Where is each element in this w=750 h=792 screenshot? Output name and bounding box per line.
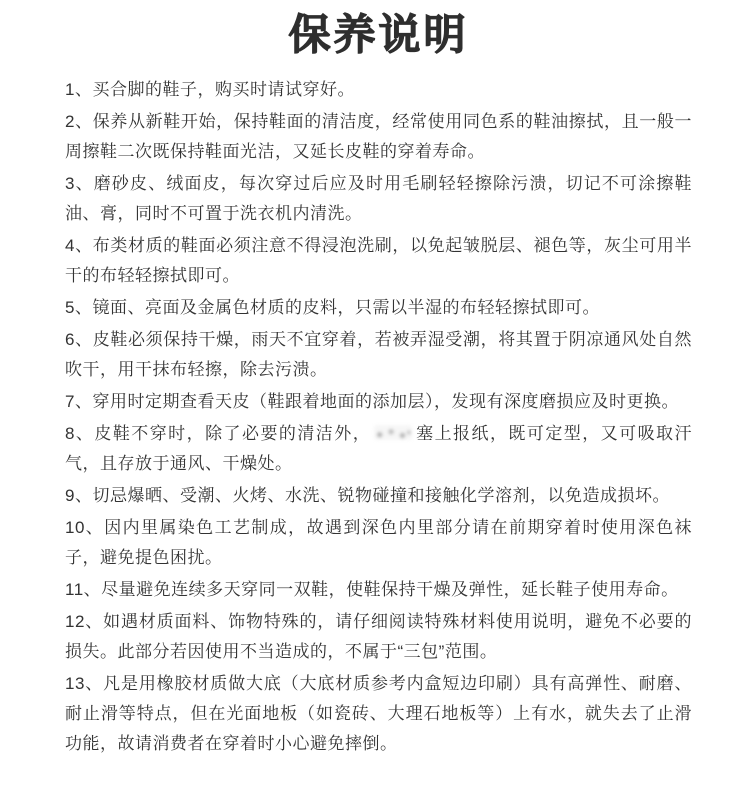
page-title: 保养说明 [65, 10, 692, 60]
care-item-13: 13、凡是用橡胶材质做大底（大底材质参考内盒短边印刷）具有高弹性、耐磨、耐止滑等… [65, 669, 692, 759]
care-item-6: 6、皮鞋必须保持干燥，雨天不宜穿着，若被弄湿受潮，将其置于阴凉通风处自然吹干，用… [65, 325, 692, 385]
care-item-text: 5、镜面、亮面及金属色材质的皮料，只需以半湿的布轻轻擦拭即可。 [65, 298, 600, 317]
care-instructions-page: 保养说明 1、买合脚的鞋子，购买时请试穿好。2、保养从新鞋开始，保持鞋面的清洁度… [0, 0, 750, 792]
care-item-4: 4、布类材质的鞋面必须注意不得浸泡洗刷，以免起皱脱层、褪色等，灰尘可用半干的布轻… [65, 231, 692, 291]
care-item-2: 2、保养从新鞋开始，保持鞋面的清洁度，经常使用同色系的鞋油擦拭，且一般一周擦鞋二… [65, 107, 692, 167]
care-item-5: 5、镜面、亮面及金属色材质的皮料，只需以半湿的布轻轻擦拭即可。 [65, 293, 692, 323]
care-item-11: 11、尽量避免连续多天穿同一双鞋，使鞋保持干燥及弹性，延长鞋子使用寿命。 [65, 575, 692, 605]
care-item-1: 1、买合脚的鞋子，购买时请试穿好。 [65, 75, 692, 105]
care-list: 1、买合脚的鞋子，购买时请试穿好。2、保养从新鞋开始，保持鞋面的清洁度，经常使用… [65, 75, 692, 759]
care-item-12: 12、如遇材质面料、饰物特殊的，请仔细阅读特殊材料使用说明，避免不必要的损失。此… [65, 607, 692, 667]
care-item-10: 10、因内里属染色工艺制成，故遇到深色内里部分请在前期穿着时使用深色袜子，避免提… [65, 513, 692, 573]
care-item-text: 3、磨砂皮、绒面皮，每次穿过后应及时用毛刷轻轻擦除污溃，切记不可涂擦鞋油、膏，同… [65, 174, 692, 223]
care-item-text: 6、皮鞋必须保持干燥，雨天不宜穿着，若被弄湿受潮，将其置于阴凉通风处自然吹干，用… [65, 330, 692, 379]
care-item-text: 2、保养从新鞋开始，保持鞋面的清洁度，经常使用同色系的鞋油擦拭，且一般一周擦鞋二… [65, 112, 692, 161]
care-item-7: 7、穿用时定期查看天皮（鞋跟着地面的添加层），发现有深度磨损应及时更换。 [65, 387, 692, 417]
care-item-8: 8、皮鞋不穿时，除了必要的清洁外，塞上报纸，既可定型，又可吸取汗气，且存放于通风… [65, 419, 692, 479]
care-item-text: 12、如遇材质面料、饰物特殊的，请仔细阅读特殊材料使用说明，避免不必要的损失。此… [65, 612, 692, 661]
care-item-9: 9、切忌爆晒、受潮、火烤、水洗、锐物碰撞和接触化学溶剂，以免造成损坏。 [65, 481, 692, 511]
care-item-text: 10、因内里属染色工艺制成，故遇到深色内里部分请在前期穿着时使用深色袜子，避免提… [65, 518, 692, 567]
blurred-redacted-word [374, 425, 412, 440]
care-item-text: 7、穿用时定期查看天皮（鞋跟着地面的添加层），发现有深度磨损应及时更换。 [65, 392, 679, 411]
care-item-text: 4、布类材质的鞋面必须注意不得浸泡洗刷，以免起皱脱层、褪色等，灰尘可用半干的布轻… [65, 236, 692, 285]
care-item-text: 13、凡是用橡胶材质做大底（大底材质参考内盒短边印刷）具有高弹性、耐磨、耐止滑等… [65, 674, 692, 753]
care-item-3: 3、磨砂皮、绒面皮，每次穿过后应及时用毛刷轻轻擦除污溃，切记不可涂擦鞋油、膏，同… [65, 169, 692, 229]
care-item-text: 9、切忌爆晒、受潮、火烤、水洗、锐物碰撞和接触化学溶剂，以免造成损坏。 [65, 486, 670, 505]
care-item-text: 8、皮鞋不穿时，除了必要的清洁外， [65, 424, 371, 443]
care-item-text: 11、尽量避免连续多天穿同一双鞋，使鞋保持干燥及弹性，延长鞋子使用寿命。 [65, 580, 679, 599]
care-item-text: 1、买合脚的鞋子，购买时请试穿好。 [65, 80, 355, 99]
